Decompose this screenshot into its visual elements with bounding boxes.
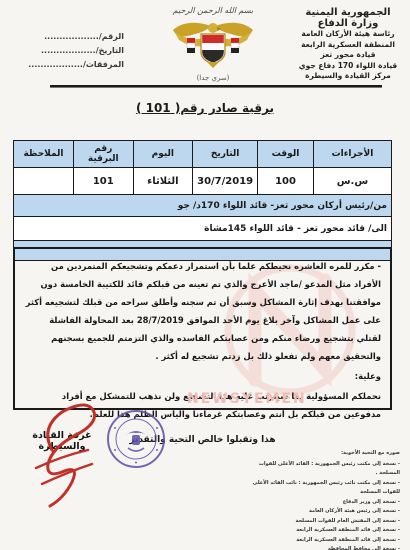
bismillah-calligraphy: بسم الله الرحمن الرحيم: [158, 6, 268, 15]
distribution-header: صوره مع التحية الأخوية:: [240, 449, 400, 459]
emblem-block: بسم الله الرحمن الرحيم (سري جدا): [158, 6, 268, 82]
telegram-document: الرقم/.................. التاريخ/.......…: [0, 0, 410, 550]
classification-label: (سري جدا): [158, 74, 268, 82]
value-time: 100: [258, 168, 314, 195]
body-interjection: وعلية:: [24, 367, 381, 385]
col-note: الملاحظة: [14, 141, 74, 168]
to-text: الى/ قائد محور تعز - قائد اللواء 145مشاة: [14, 217, 392, 241]
letterhead-ministry: وزارة الدفاع: [292, 19, 404, 30]
to-row: الى/ قائد محور تعز - قائد اللواء 145مشاة: [14, 217, 392, 241]
letterhead-republic: الجمهورية اليمنية: [292, 8, 404, 19]
value-note: [14, 168, 74, 195]
value-telegram-number: 101: [73, 168, 133, 195]
yemen-coat-of-arms-icon: [167, 16, 259, 68]
distribution-item: - نسخة إلى قائد المنطقة العسكرية الرابعة: [240, 526, 400, 536]
header-divider: [50, 85, 382, 88]
from-row: من/رئيس أركان محور تعز- قائد اللواء 170د…: [14, 195, 392, 217]
field-date: التاريخ/..................: [14, 44, 124, 58]
page-title: برقية صادر رقم( 101 ): [0, 101, 410, 115]
letterhead-center: مركز القيادة والسيطرة: [292, 71, 404, 82]
col-date: التاريخ: [193, 141, 258, 168]
letterhead-staff: رئاسة هيئة الأركان العامة: [292, 29, 404, 40]
form-fields: الرقم/.................. التاريخ/.......…: [14, 30, 124, 72]
official-round-stamp: [105, 408, 167, 470]
letterhead-region: المنطقة العسكرية الرابعة: [292, 40, 404, 51]
body-box: - مكرر للمره العاشره نحيطكم علما بأن است…: [13, 247, 392, 410]
body-paragraph-1: - مكرر للمره العاشره نحيطكم علما بأن است…: [24, 257, 381, 365]
telegram-table: الأجراءات الوقت التاريخ اليوم رقم البرقي…: [13, 140, 392, 261]
distribution-item: - نسخة إلى قائد المنطقة العسكرية الرابعة: [240, 536, 400, 546]
value-procedures: س.س: [313, 168, 391, 195]
col-day: اليوم: [133, 141, 193, 168]
value-day: الثلاثاء: [133, 168, 193, 195]
letterhead-axis: قيادة محور تعز: [292, 50, 404, 61]
distribution-item: - نسخة إلى محافظ المحافظة: [240, 545, 400, 550]
distribution-item: - نسخة إلى المفتش العام للقوات المسلحة: [240, 517, 400, 527]
distribution-item: - نسخة إلى مكتب رئيس الجمهورية : القائد …: [240, 460, 400, 479]
distribution-item: - نسخة إلى مكتب نائب رئيس الجمهورية : نا…: [240, 479, 400, 498]
table-header-row: الأجراءات الوقت التاريخ اليوم رقم البرقي…: [14, 141, 392, 168]
letterhead: الجمهورية اليمنية وزارة الدفاع رئاسة هيئ…: [292, 8, 404, 82]
distribution-item: - نسخة إلى رئيس هيئة الأركان العامة: [240, 507, 400, 517]
col-telegram-number: رقم البرقية: [73, 141, 133, 168]
value-date: 30/7/2019: [193, 168, 258, 195]
col-procedures: الأجراءات: [313, 141, 391, 168]
distribution-item: - نسخة إلى وزير الدفاع: [240, 498, 400, 508]
field-attachments: المرفقات/..................: [14, 58, 124, 72]
from-text: من/رئيس أركان محور تعز- قائد اللواء 170د…: [14, 195, 392, 217]
letterhead-brigade: قيادة اللواء 170 دفاع جوي: [292, 61, 404, 72]
col-time: الوقت: [258, 141, 314, 168]
distribution-list: صوره مع التحية الأخوية: - نسخة إلى مكتب …: [240, 449, 400, 550]
field-number: الرقم/..................: [14, 30, 124, 44]
table-value-row: س.س 100 30/7/2019 الثلاثاء 101: [14, 168, 392, 195]
